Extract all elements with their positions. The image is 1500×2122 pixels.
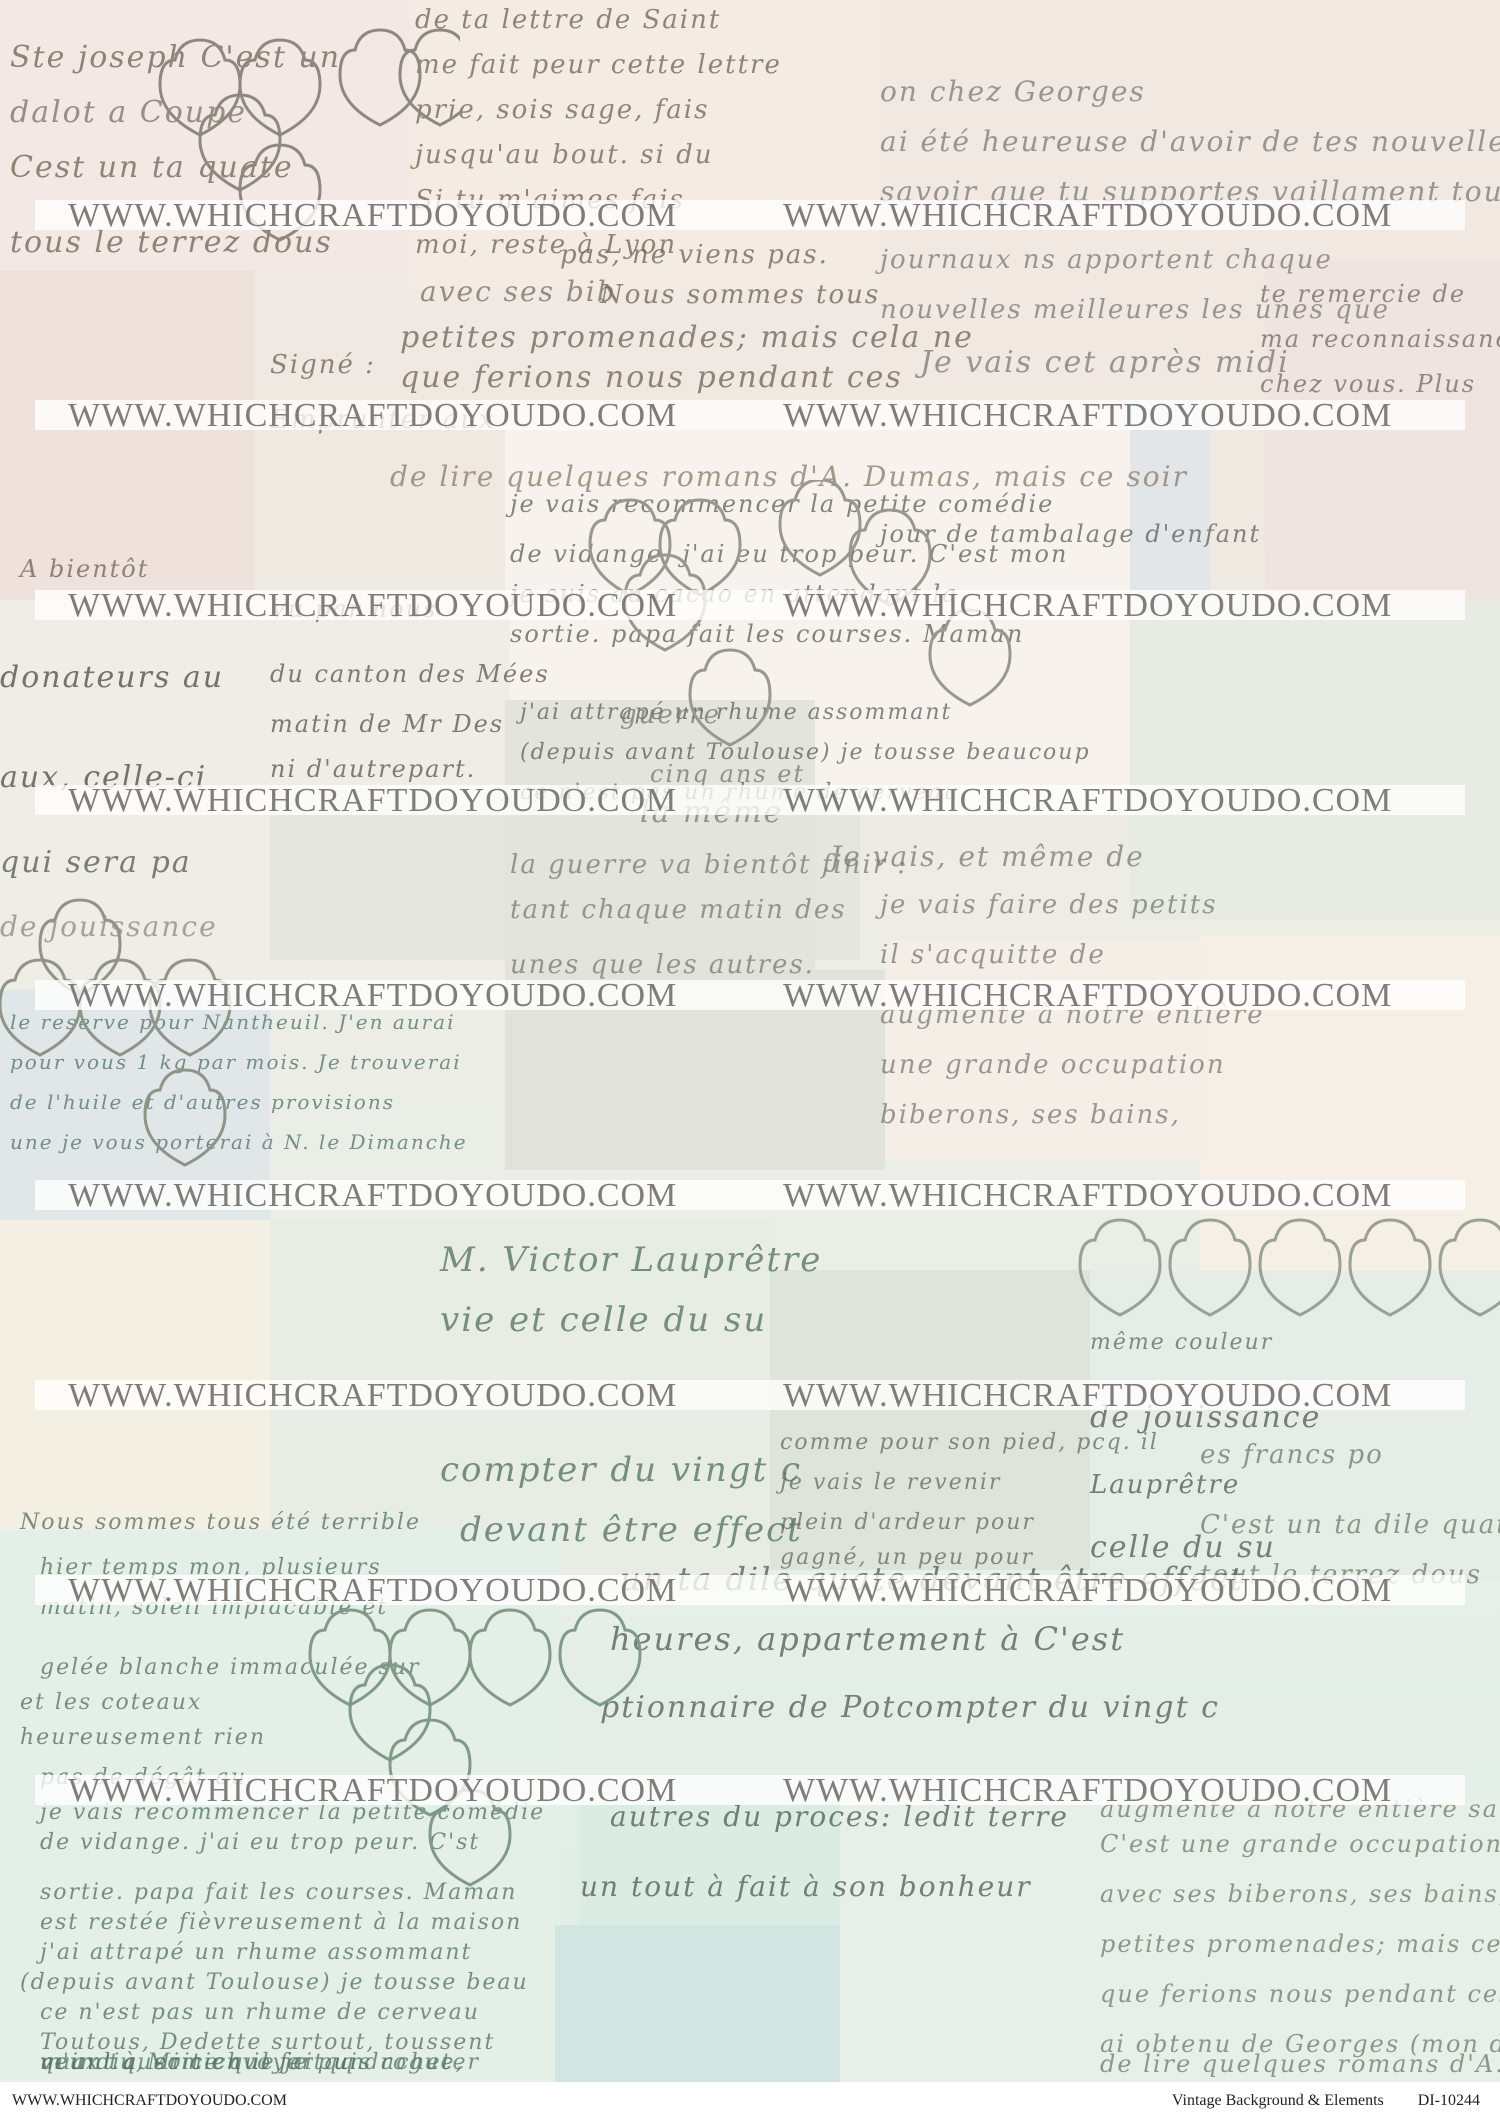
handwriting-line: Nous sommes tous été terrible xyxy=(20,1510,421,1535)
handwriting-line: journaux ns apportent chaque xyxy=(880,245,1333,275)
paper-panel-top-pink xyxy=(0,270,255,600)
handwriting-line: Signé : xyxy=(270,350,376,380)
quatrefoil-pattern-right xyxy=(1060,1200,1500,1360)
handwriting-line: est restée fièvreusement à la maison xyxy=(40,1910,522,1935)
watermark-text: WWW.WHICHCRAFTDOYOUDO.COM xyxy=(68,201,677,231)
handwriting-line: matin de Mr Des xyxy=(270,710,504,738)
handwriting-line: ptionnaire de Potcompter du vingt c xyxy=(600,1690,1220,1725)
footer-site-url: WWW.WHICHCRAFTDOYOUDO.COM xyxy=(12,2092,287,2110)
paper-panel-teal-note xyxy=(555,1925,840,2082)
handwriting-line: chez vous. Plus xyxy=(1260,370,1476,398)
handwriting-line: unes que les autres. xyxy=(510,950,815,980)
paper-panel-right-mid xyxy=(1130,600,1500,920)
watermark-text: WWW.WHICHCRAFTDOYOUDO.COM xyxy=(68,1576,677,1606)
handwriting-line: du canton des Mées xyxy=(270,660,550,688)
handwriting-line: C'est un ta dile quate xyxy=(1200,1510,1500,1540)
watermark-text: WWW.WHICHCRAFTDOYOUDO.COM xyxy=(783,981,1392,1011)
watermark-text: WWW.WHICHCRAFTDOYOUDO.COM xyxy=(783,591,1392,621)
handwriting-line: M. Victor Lauprêtre xyxy=(440,1240,822,1280)
collage-background: Ste joseph C'est undalot a CoupeCest un … xyxy=(0,0,1500,2082)
watermark-text: WWW.WHICHCRAFTDOYOUDO.COM xyxy=(783,1381,1392,1411)
handwriting-line: de lire quelques romans d'A. Du xyxy=(1100,2050,1500,2078)
handwriting-line: on chez Georges xyxy=(880,75,1146,108)
footer-info: Vintage Background & Elements DI-10244 xyxy=(1142,2092,1480,2110)
handwriting-line: que ferions nous pendant ces j xyxy=(1100,1980,1500,2008)
watermark-text: WWW.WHICHCRAFTDOYOUDO.COM xyxy=(68,591,677,621)
handwriting-line: petites promenades; mais cela ne xyxy=(1100,1930,1500,1958)
handwriting-line: Nous sommes tous xyxy=(600,280,880,310)
watermark-text: WWW.WHICHCRAFTDOYOUDO.COM xyxy=(68,786,677,816)
watermark-text: WWW.WHICHCRAFTDOYOUDO.COM xyxy=(783,1181,1392,1211)
handwriting-line: ni d'autrepart. xyxy=(270,755,476,783)
footer: WWW.WHICHCRAFTDOYOUDO.COM Vintage Backgr… xyxy=(0,2082,1500,2122)
handwriting-line: Je vais cet après midi xyxy=(920,345,1290,380)
handwriting-line: je vais faire des petits xyxy=(880,890,1218,920)
handwriting-line: Lauprêtre xyxy=(1090,1470,1240,1500)
handwriting-line: biberons, ses bains, xyxy=(880,1100,1181,1130)
handwriting-line: donateurs au xyxy=(0,660,224,695)
footer-title: Vintage Background & Elements xyxy=(1172,2092,1384,2109)
watermark-text: WWW.WHICHCRAFTDOYOUDO.COM xyxy=(783,786,1392,816)
handwriting-line: je vais le revenir xyxy=(780,1470,1001,1495)
handwriting-line: te remercie de xyxy=(1260,280,1466,308)
handwriting-line: qui sera pa xyxy=(0,845,192,880)
footer-product-code: DI-10244 xyxy=(1418,2092,1480,2109)
handwriting-line: avec ses biberons, ses bains, ses xyxy=(1100,1880,1500,1908)
watermark-text: WWW.WHICHCRAFTDOYOUDO.COM xyxy=(783,1576,1392,1606)
handwriting-line: heures, appartement à C'est xyxy=(610,1620,1125,1658)
watermark-text: WWW.WHICHCRAFTDOYOUDO.COM xyxy=(783,401,1392,431)
watermark-text: WWW.WHICHCRAFTDOYOUDO.COM xyxy=(783,1776,1392,1806)
handwriting-line: une grande occupation xyxy=(880,1050,1226,1080)
watermark-text: WWW.WHICHCRAFTDOYOUDO.COM xyxy=(68,1181,677,1211)
handwriting-line: et les coteaux xyxy=(20,1690,202,1715)
watermark-text: WWW.WHICHCRAFTDOYOUDO.COM xyxy=(68,1776,677,1806)
handwriting-line: ai été heureuse d'avoir de tes nouvelles… xyxy=(880,125,1500,158)
handwriting-line: tant chaque matin des xyxy=(510,895,847,925)
handwriting-line: de ta lettre de Saint xyxy=(415,5,721,35)
watermark-text: WWW.WHICHCRAFTDOYOUDO.COM xyxy=(68,1381,677,1411)
quatrefoil-pattern-left xyxy=(0,880,300,1180)
handwriting-line: plein d'ardeur pour xyxy=(780,1510,1035,1535)
handwriting-line: devant être effect xyxy=(460,1510,803,1550)
handwriting-line: petites promenades; mais cela ne xyxy=(400,320,974,355)
handwriting-line: es francs po xyxy=(1200,1440,1384,1470)
handwriting-line: quant à Mimich il fait un xyxy=(40,2050,366,2075)
handwriting-line: compter du vingt c xyxy=(440,1450,802,1490)
watermark-text: WWW.WHICHCRAFTDOYOUDO.COM xyxy=(68,981,677,1011)
watermark-text: WWW.WHICHCRAFTDOYOUDO.COM xyxy=(68,401,677,431)
handwriting-line: C'est une grande occupation xyxy=(1100,1830,1500,1858)
quatrefoil-pattern-top xyxy=(140,0,460,280)
handwriting-line: que ferions nous pendant ces xyxy=(400,360,903,395)
handwriting-line: il s'acquitte de xyxy=(880,940,1106,970)
quatrefoil-pattern-bottom xyxy=(300,1590,660,1890)
handwriting-line: A bientôt xyxy=(20,555,149,583)
handwriting-line: vie et celle du su xyxy=(440,1300,767,1340)
quatrefoil-pattern-center xyxy=(570,480,1090,780)
handwriting-line: (depuis avant Toulouse) je tousse beau xyxy=(20,1970,529,1995)
handwriting-line: ce n'est pas un rhume de cerveau xyxy=(40,2000,480,2025)
watermark-text: WWW.WHICHCRAFTDOYOUDO.COM xyxy=(783,201,1392,231)
handwriting-line: la guerre va bientôt finir : xyxy=(510,850,908,880)
handwriting-line: ma reconnaissance xyxy=(1260,325,1500,353)
handwriting-line: pas, ne viens pas. xyxy=(560,240,829,270)
handwriting-line: heureusement rien xyxy=(20,1725,266,1750)
handwriting-line: j'ai attrapé un rhume assommant xyxy=(40,1940,472,1965)
handwriting-line: me fait peur cette lettre xyxy=(415,50,782,80)
